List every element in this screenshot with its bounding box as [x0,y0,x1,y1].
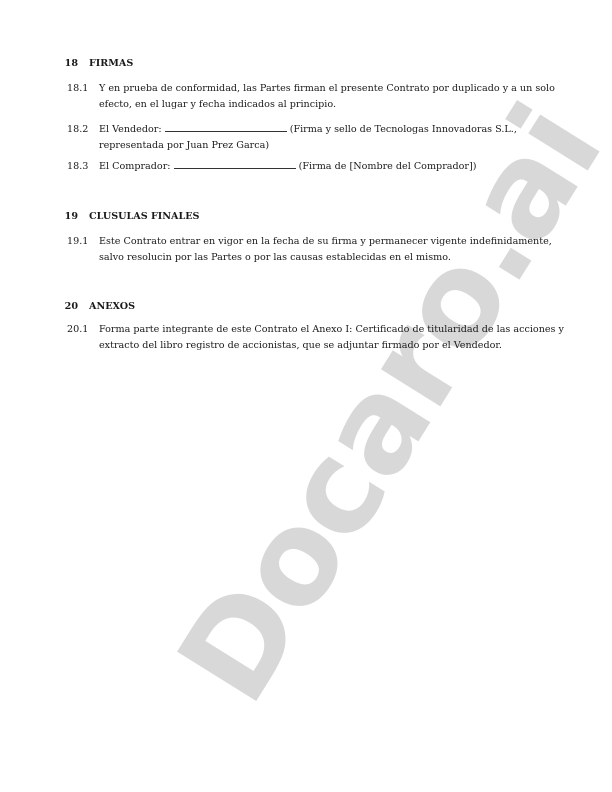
clause-number: 18.2 [67,122,88,138]
clause-number: 18.1 [67,81,88,97]
clause-number: 19.1 [67,234,88,250]
section-title: ANEXOS [89,301,135,312]
clause-text-line: efecto, en el lugar y fecha indicados al… [99,97,579,113]
section-number: 19 [52,211,78,222]
clause-text-line: Forma parte integrante de este Contrato … [99,322,579,338]
buyer-label: El Comprador: [99,161,171,172]
clause-number: 20.1 [67,322,88,338]
clause-text-line: salvo resolucin por las Partes o por las… [99,250,579,266]
seller-signature-note: (Firma y sello de Tecnologas Innovadoras… [290,124,517,135]
clause-text-line: representada por Juan Prez Garca) [99,138,579,154]
section-number: 20 [52,301,78,312]
clause-text-line: Y en prueba de conformidad, las Partes f… [99,81,579,97]
section-number: 18 [52,58,78,69]
buyer-signature-line [174,159,296,169]
clause-text-line: extracto del libro registro de accionist… [99,338,579,354]
section-title: CLUSULAS FINALES [89,211,199,222]
document-content: 18 FIRMAS 18.1 Y en prueba de conformida… [0,0,612,792]
section-title: FIRMAS [89,58,133,69]
document-page: Docaro.ai 18 FIRMAS 18.1 Y en prueba de … [0,0,612,792]
clause-text-line: Este Contrato entrar en vigor en la fech… [99,234,579,250]
seller-label: El Vendedor: [99,124,162,135]
buyer-signature-note: (Firma de [Nombre del Comprador]) [299,161,477,172]
seller-signature-line [165,122,287,132]
clause-number: 18.3 [67,159,88,175]
